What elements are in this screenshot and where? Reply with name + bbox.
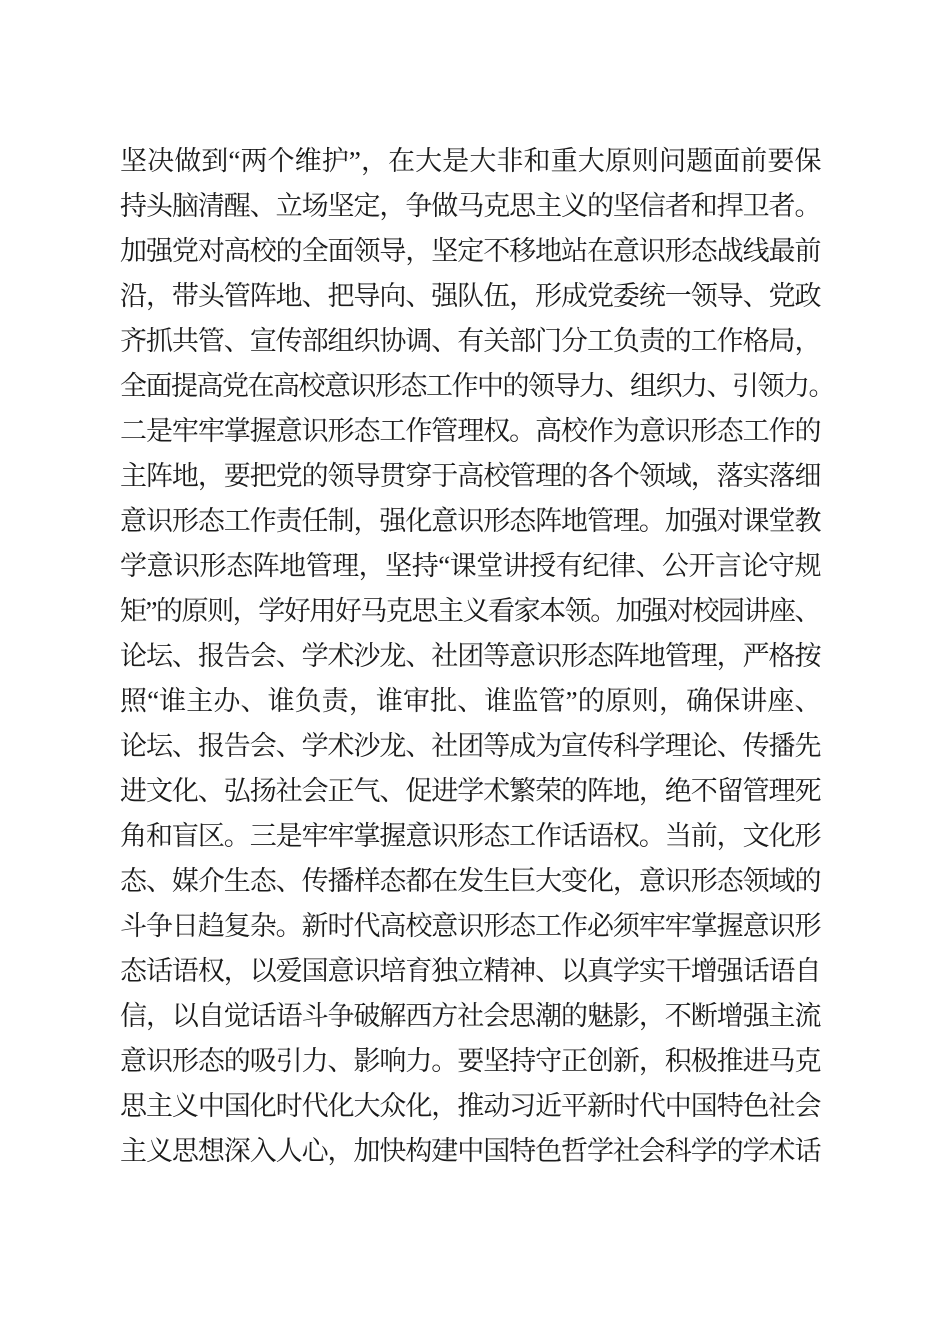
body-text-block: 坚决做到“两个维护”，在大是大非和重大原则问题面前要保 持头脑清醒、立场坚定，争… — [120, 139, 820, 1174]
text-line: 矩”的原则，学好用好马克思主义看家本领。加强对校园讲座、 — [120, 589, 820, 634]
text-line: 沿，带头管阵地、把导向、强队伍，形成党委统一领导、党政 — [120, 274, 820, 319]
text-line: 进文化、弘扬社会正气、促进学术繁荣的阵地，绝不留管理死 — [120, 769, 820, 814]
text-line: 角和盲区。三是牢牢掌握意识形态工作话语权。当前，文化形 — [120, 814, 820, 859]
text-line: 学意识形态阵地管理，坚持“课堂讲授有纪律、公开言论守规 — [120, 544, 820, 589]
text-line: 意识形态的吸引力、影响力。要坚持守正创新，积极推进马克 — [120, 1039, 820, 1084]
text-line: 态、媒介生态、传播样态都在发生巨大变化，意识形态领域的 — [120, 859, 820, 904]
text-line: 主义思想深入人心，加快构建中国特色哲学社会科学的学术话 — [120, 1129, 820, 1174]
text-line: 二是牢牢掌握意识形态工作管理权。高校作为意识形态工作的 — [120, 409, 820, 454]
text-line: 坚决做到“两个维护”，在大是大非和重大原则问题面前要保 — [120, 139, 820, 184]
document-page: 坚决做到“两个维护”，在大是大非和重大原则问题面前要保 持头脑清醒、立场坚定，争… — [0, 0, 950, 1344]
text-line: 信，以自觉话语斗争破解西方社会思潮的魅影，不断增强主流 — [120, 994, 820, 1039]
text-line: 论坛、报告会、学术沙龙、社团等意识形态阵地管理，严格按 — [120, 634, 820, 679]
text-line: 思主义中国化时代化大众化，推动习近平新时代中国特色社会 — [120, 1084, 820, 1129]
text-line: 主阵地，要把党的领导贯穿于高校管理的各个领域，落实落细 — [120, 454, 820, 499]
text-line: 齐抓共管、宣传部组织协调、有关部门分工负责的工作格局， — [120, 319, 820, 364]
text-line: 斗争日趋复杂。新时代高校意识形态工作必须牢牢掌握意识形 — [120, 904, 820, 949]
text-line: 全面提高党在高校意识形态工作中的领导力、组织力、引领力。 — [120, 364, 820, 409]
text-line: 持头脑清醒、立场坚定，争做马克思主义的坚信者和捍卫者。 — [120, 184, 820, 229]
text-line: 意识形态工作责任制，强化意识形态阵地管理。加强对课堂教 — [120, 499, 820, 544]
text-line: 加强党对高校的全面领导，坚定不移地站在意识形态战线最前 — [120, 229, 820, 274]
text-line: 论坛、报告会、学术沙龙、社团等成为宣传科学理论、传播先 — [120, 724, 820, 769]
text-line: 态话语权，以爱国意识培育独立精神、以真学实干增强话语自 — [120, 949, 820, 994]
text-line: 照“谁主办、谁负责，谁审批、谁监管”的原则，确保讲座、 — [120, 679, 820, 724]
